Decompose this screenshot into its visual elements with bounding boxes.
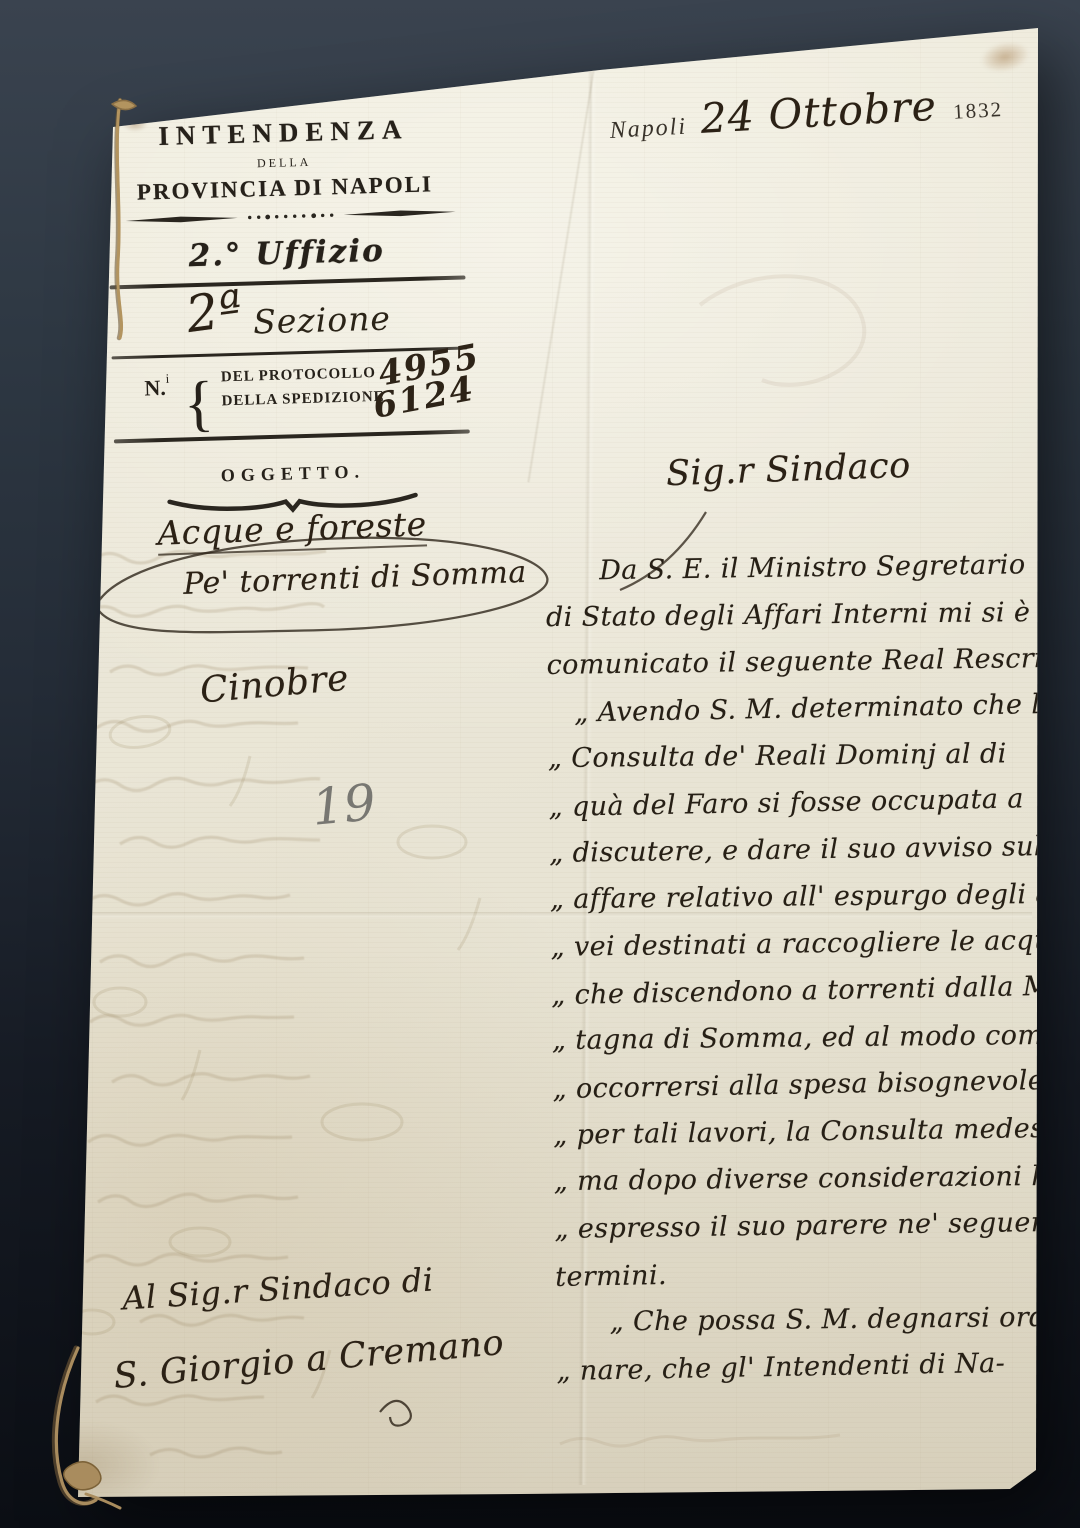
letter-body-line: „ ma dopo diverse considerazioni ha	[554, 1153, 1048, 1205]
section-line: 2ª Sezione	[128, 282, 449, 347]
letter-body-line: „ nare, che gl' Intendenti di Na-	[556, 1339, 1051, 1395]
brace-glyph: {	[183, 376, 214, 433]
subject-annotation: Acque e foreste Pe' torrenti di Somma	[83, 492, 563, 658]
rule-3	[114, 429, 470, 443]
paper-sheet-wrapper: INTENDENZA DELLA PROVINCIA DI NAPOLI 2.°…	[0, 0, 1080, 1528]
photograph-of-letter: INTENDENZA DELLA PROVINCIA DI NAPOLI 2.°…	[0, 0, 1080, 1528]
dispatch-label: DELLA SPEDIZIONE	[221, 389, 385, 410]
letter-body-line: „ vei destinati a raccogliere le acque,	[550, 917, 1045, 971]
subject-heading: OGGETTO.	[133, 459, 453, 489]
letter-body-line: „ espresso il suo parere ne' seguenti	[554, 1199, 1049, 1253]
letter-body-line: Da S. E. il Ministro Segretario	[545, 541, 1040, 595]
numbers-label: N.	[144, 375, 166, 401]
letter-body-line: „ tagna di Somma, ed al modo come	[552, 1012, 1046, 1064]
numbers-label-sup: i	[165, 371, 169, 386]
subject-line-1: Acque e foreste	[157, 504, 428, 552]
protocol-numbers-block: N.i { DEL PROTOCOLLO DELLA SPEDIZIONE 49…	[130, 359, 452, 430]
section-word: Sezione	[253, 299, 392, 342]
office-line: 2.° Uffizio	[126, 231, 447, 276]
institution-province: PROVINCIA DI NAPOLI	[125, 171, 446, 206]
letter-body-line: di Stato degli Affari Interni mi si è	[546, 589, 1040, 641]
letter-body-line: „ Avendo S. M. determinato che la	[547, 681, 1042, 737]
salutation: Sig.r Sindaco	[665, 446, 911, 495]
letter-body-line: „ occorrersi alla spesa bisognevole	[552, 1057, 1047, 1113]
letter-body-line: comunicato il seguente Real Rescritto:	[546, 635, 1041, 689]
paper-sheet: INTENDENZA DELLA PROVINCIA DI NAPOLI 2.°…	[0, 0, 1080, 1528]
letter-body-line: „ affare relativo all' espurgo degli al-	[550, 871, 1044, 923]
institution-name: INTENDENZA	[123, 113, 444, 153]
letter-body-line: termini.	[555, 1245, 1050, 1301]
dateline-place: Napoli	[609, 114, 688, 144]
protocol-label: DEL PROTOCOLLO	[221, 365, 376, 385]
dateline-year: 1832	[952, 97, 1003, 124]
ornament-rule	[126, 206, 456, 227]
pencil-folio-number: 19	[310, 773, 378, 836]
letter-body-line: „ Che possa S. M. degnarsi ordi-	[556, 1294, 1050, 1346]
letter-body-line: „ per tali lavori, la Consulta medesi-	[553, 1105, 1048, 1159]
letter-body-line: „ che discendono a torrenti dalla Mon-	[551, 963, 1046, 1019]
letter-body-line: „ Consulta de' Reali Dominj al di	[548, 730, 1042, 782]
letter-body: Da S. E. il Ministro Segretario di Stato…	[545, 541, 1051, 1394]
letter-body-line: „ quà del Faro si fosse occupata a	[548, 775, 1043, 831]
letterhead: INTENDENZA DELLA PROVINCIA DI NAPOLI 2.°…	[123, 113, 454, 518]
letter-body-line: „ discutere, e dare il suo avviso sull'	[549, 823, 1044, 877]
section-number-handwritten: 2ª	[183, 279, 247, 344]
